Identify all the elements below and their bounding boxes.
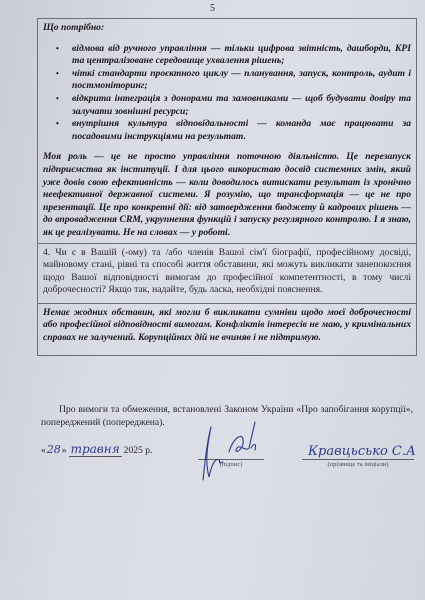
question-4-cell: 4. Чи є в Вашій (-ому) та /або членів Ва… xyxy=(38,243,416,303)
needs-item: внутрішня культура відповідальності — ко… xyxy=(72,118,411,143)
date-day: 28 xyxy=(46,443,62,456)
date-field: «28»травня2025 р. xyxy=(41,442,152,457)
needs-heading: Що потрібно: xyxy=(43,22,411,35)
page-number: 5 xyxy=(0,3,425,14)
name-caption: (прізвище та ініціали) xyxy=(302,461,414,468)
name-line: Кравцьсько С.А xyxy=(302,430,414,460)
handwritten-name: Кравцьсько С.А xyxy=(308,444,416,459)
signature-line xyxy=(198,430,264,460)
signature-row: «28»травня2025 р. (підпис) Кравцьсько С.… xyxy=(0,430,425,500)
date-month: травня xyxy=(69,442,122,457)
role-paragraph: Моя роль — це не просто управління поточ… xyxy=(43,151,411,239)
name-field: Кравцьсько С.А (прізвище та ініціали) xyxy=(302,430,414,468)
needs-item: чіткі стандарти проєктного циклу — плану… xyxy=(72,68,411,93)
answer-cell-3: Що потрібно: відмова від ручного управлі… xyxy=(38,19,416,243)
answer-4-cell: Немає жодних обставин, які могли б викли… xyxy=(38,303,416,355)
date-close-quote: » xyxy=(62,445,67,456)
handwritten-signature-icon xyxy=(193,422,283,482)
date-year: 2025 р. xyxy=(124,445,153,456)
needs-item: відкрита інтеграція з донорами та замовн… xyxy=(72,93,411,118)
needs-list: відмова від ручного управління — тільки … xyxy=(43,43,411,144)
signature-field: (підпис) xyxy=(198,430,264,468)
questionnaire-table: Що потрібно: відмова від ручного управлі… xyxy=(37,18,417,356)
needs-item: відмова від ручного управління — тільки … xyxy=(72,43,411,68)
